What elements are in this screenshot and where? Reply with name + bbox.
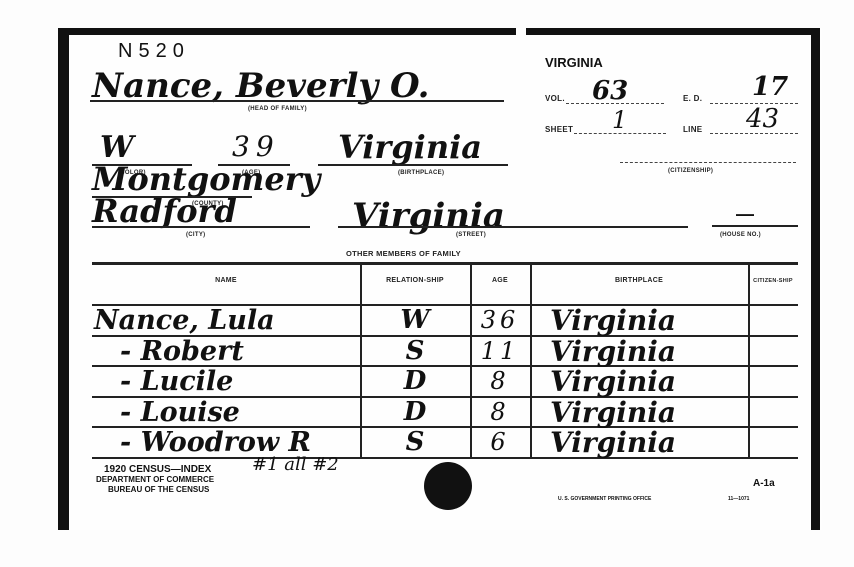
sheet-line [574, 133, 666, 135]
member-birthplace: Virginia [550, 396, 676, 429]
column-header-citizenship: CITIZEN-SHIP [748, 277, 798, 285]
member-age: 36 [470, 306, 530, 334]
member-name: - Robert [120, 336, 244, 367]
printing-office: U. S. GOVERNMENT PRINTING OFFICE [558, 496, 651, 502]
ed-value: 17 [752, 72, 788, 102]
street-line [338, 226, 688, 228]
ed-label: E. D. [683, 94, 702, 103]
census-title: 1920 CENSUS—INDEX [104, 464, 211, 475]
member-age: 8 [470, 398, 530, 426]
member-name: - Lucile [120, 366, 233, 397]
member-name: Nance, Lula [94, 305, 275, 336]
column-header-age: AGE [470, 277, 530, 285]
line-value: 43 [746, 104, 779, 134]
member-relationship: S [360, 336, 470, 366]
city-line [92, 226, 310, 228]
member-relationship: S [360, 427, 470, 457]
form-code: A-1a [753, 478, 775, 489]
house-no-label: (HOUSE NO.) [720, 232, 761, 238]
citizenship-label: (CITIZENSHIP) [668, 168, 713, 174]
house-no-line [712, 225, 798, 227]
city-value: Radford [92, 192, 237, 230]
birthplace-line [318, 164, 508, 166]
head-of-family-line [90, 100, 504, 102]
column-header-name: NAME [92, 277, 360, 285]
column-header-birthplace: BIRTHPLACE [530, 277, 748, 285]
vol-value: 63 [592, 76, 628, 106]
bureau: BUREAU OF THE CENSUS [108, 485, 209, 494]
card-border-top-left [58, 28, 516, 35]
index-code: N520 [118, 40, 190, 63]
form-number: 11—1071 [728, 496, 749, 502]
table-top-rule [92, 262, 798, 265]
vol-line [566, 103, 664, 105]
city-label: (CITY) [186, 232, 205, 238]
age-value: 39 [232, 130, 280, 163]
state-label: VIRGINIA [545, 55, 603, 70]
member-age: 8 [470, 367, 530, 395]
column-header-relationship: RELATION-SHIP [360, 277, 470, 285]
member-name: - Louise [120, 397, 240, 428]
member-age: 6 [470, 428, 530, 456]
member-birthplace: Virginia [550, 304, 676, 337]
card-border-left [58, 28, 69, 530]
member-birthplace: Virginia [550, 365, 676, 398]
punch-hole [424, 462, 472, 510]
street-label: (STREET) [456, 232, 486, 238]
line-line [710, 133, 798, 135]
street-value: Virginia [352, 196, 505, 236]
index-note: #1 all #2 [252, 454, 339, 475]
birthplace-label: (BIRTHPLACE) [398, 170, 444, 176]
line-label: LINE [683, 125, 702, 134]
member-birthplace: Virginia [550, 426, 676, 459]
card-border-top-right [526, 28, 820, 35]
head-of-family-label: (HEAD OF FAMILY) [248, 106, 307, 112]
member-relationship: W [360, 305, 470, 335]
family-title: OTHER MEMBERS OF FAMILY [346, 249, 461, 258]
house-no-value: — [736, 204, 754, 225]
sheet-value: 1 [612, 106, 627, 134]
sheet-label: SHEET [545, 125, 573, 134]
vol-label: VOL. [545, 94, 565, 103]
member-relationship: D [360, 366, 470, 396]
card-border-right [811, 28, 820, 530]
member-relationship: D [360, 397, 470, 427]
member-age: 11 [470, 337, 530, 365]
department: DEPARTMENT OF COMMERCE [96, 475, 214, 484]
member-birthplace: Virginia [550, 335, 676, 368]
citizenship-line [620, 162, 796, 164]
birthplace-value: Virginia [338, 128, 482, 166]
